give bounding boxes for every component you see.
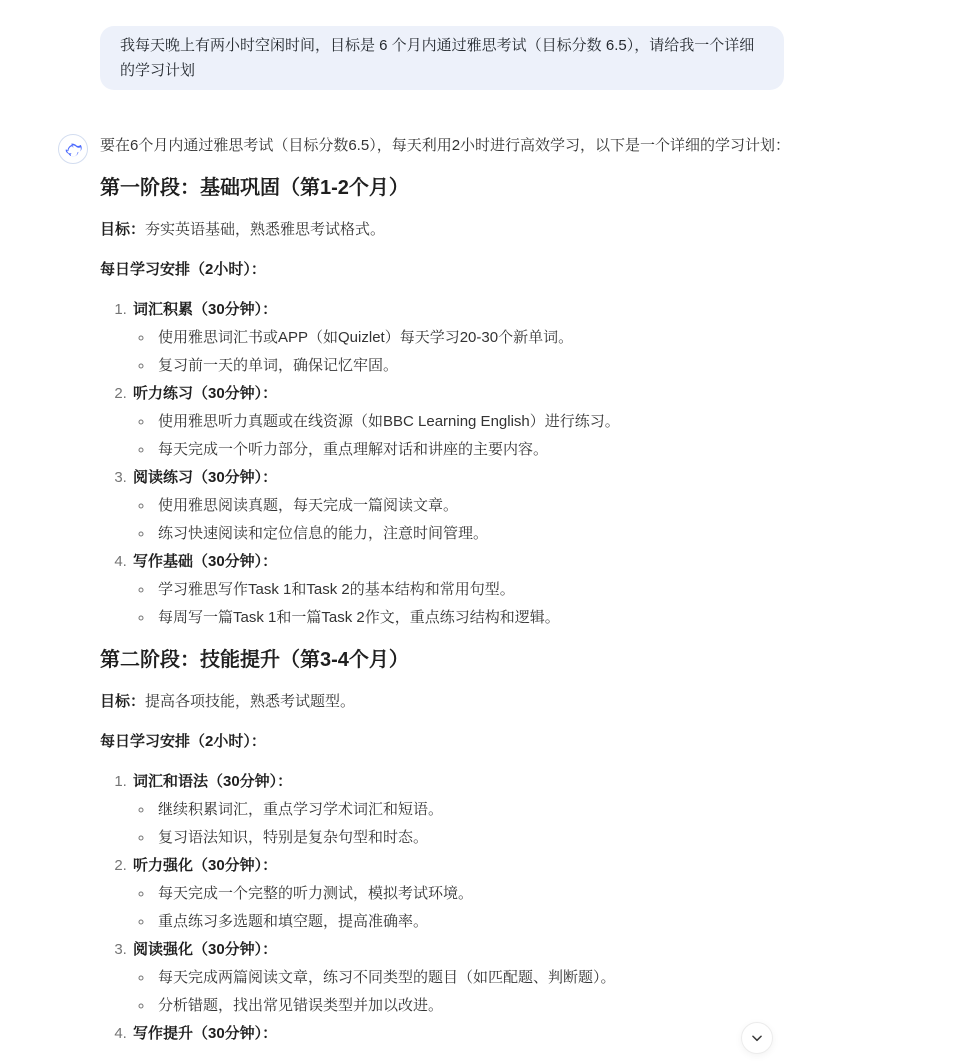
section-heading: 第一阶段：基础巩固（第1-2个月） [100, 174, 872, 202]
task-item: 听力强化（30分钟）： 每天完成一个完整的听力测试，模拟考试环境。重点练习多选题… [131, 854, 872, 934]
task-item: 写作基础（30分钟）： 学习雅思写作Task 1和Task 2的基本结构和常用句… [131, 550, 872, 630]
task-point-list: 每天完成两篇阅读文章，练习不同类型的题目（如匹配题、判断题）。分析错题，找出常见… [133, 966, 872, 1018]
goal-label: 目标： [100, 221, 145, 238]
plan-sections: 第一阶段：基础巩固（第1-2个月） 目标：夯实英语基础，熟悉雅思考试格式。 每日… [100, 174, 872, 1046]
task-point: 分析错题，找出常见错误类型并加以改进。 [154, 994, 872, 1018]
goal-text: 夯实英语基础，熟悉雅思考试格式。 [145, 221, 385, 238]
task-title: 写作提升（30分钟）： [133, 1025, 277, 1042]
task-point: 每天完成一个完整的听力测试，模拟考试环境。 [154, 882, 872, 906]
task-point: 重点练习多选题和填空题，提高准确率。 [154, 910, 872, 934]
section-goal: 目标：提高各项技能，熟悉考试题型。 [100, 690, 872, 714]
assistant-message: 要在6个月内通过雅思考试（目标分数6.5），每天利用2小时进行高效学习，以下是一… [100, 132, 872, 1061]
goal-text: 提高各项技能，熟悉考试题型。 [145, 693, 355, 710]
task-item: 词汇积累（30分钟）： 使用雅思词汇书或APP（如Quizlet）每天学习20-… [131, 298, 872, 378]
task-point: 使用雅思听力真题或在线资源（如BBC Learning English）进行练习… [154, 410, 872, 434]
task-point-list: 学习雅思写作Task 1和Task 2的基本结构和常用句型。每周写一篇Task … [133, 578, 872, 630]
task-point: 使用雅思阅读真题，每天完成一篇阅读文章。 [154, 494, 872, 518]
task-point: 使用雅思词汇书或APP（如Quizlet）每天学习20-30个新单词。 [154, 326, 872, 350]
section-schedule: 每日学习安排（2小时）： [100, 258, 872, 282]
task-point: 每周写一篇Task 1和一篇Task 2作文，重点练习结构和逻辑。 [154, 606, 872, 630]
task-point: 复习语法知识，特别是复杂句型和时态。 [154, 826, 872, 850]
task-item: 阅读强化（30分钟）： 每天完成两篇阅读文章，练习不同类型的题目（如匹配题、判断… [131, 938, 872, 1018]
daily-task-list: 词汇和语法（30分钟）： 继续积累词汇，重点学习学术词汇和短语。复习语法知识，特… [100, 770, 872, 1046]
daily-task-list: 词汇积累（30分钟）： 使用雅思词汇书或APP（如Quizlet）每天学习20-… [100, 298, 872, 630]
task-point: 每天完成两篇阅读文章，练习不同类型的题目（如匹配题、判断题）。 [154, 966, 872, 990]
task-title: 阅读练习（30分钟）： [133, 469, 277, 486]
user-message-bubble: 我每天晚上有两小时空闲时间，目标是 6 个月内通过雅思考试（目标分数 6.5），… [100, 26, 784, 90]
section-goal: 目标：夯实英语基础，熟悉雅思考试格式。 [100, 218, 872, 242]
task-point: 复习前一天的单词，确保记忆牢固。 [154, 354, 872, 378]
section-heading: 第二阶段：技能提升（第3-4个月） [100, 646, 872, 674]
task-point: 继续积累词汇，重点学习学术词汇和短语。 [154, 798, 872, 822]
schedule-label: 每日学习安排（2小时）： [100, 261, 266, 278]
task-item: 听力练习（30分钟）： 使用雅思听力真题或在线资源（如BBC Learning … [131, 382, 872, 462]
scroll-to-bottom-button[interactable] [741, 1022, 773, 1054]
task-title: 阅读强化（30分钟）： [133, 941, 277, 958]
user-message-text: 我每天晚上有两小时空闲时间，目标是 6 个月内通过雅思考试（目标分数 6.5），… [120, 37, 754, 79]
task-title: 写作基础（30分钟）： [133, 553, 277, 570]
task-title: 词汇和语法（30分钟）： [133, 773, 292, 790]
assistant-message-row: 要在6个月内通过雅思考试（目标分数6.5），每天利用2小时进行高效学习，以下是一… [0, 132, 967, 1061]
task-point-list: 每天完成一个完整的听力测试，模拟考试环境。重点练习多选题和填空题，提高准确率。 [133, 882, 872, 934]
task-title: 听力练习（30分钟）： [133, 385, 277, 402]
chat-page: 我每天晚上有两小时空闲时间，目标是 6 个月内通过雅思考试（目标分数 6.5），… [0, 0, 967, 1061]
task-point: 练习快速阅读和定位信息的能力，注意时间管理。 [154, 522, 872, 546]
plan-section: 第二阶段：技能提升（第3-4个月） 目标：提高各项技能，熟悉考试题型。 每日学习… [100, 646, 872, 1046]
task-point-list: 使用雅思阅读真题，每天完成一篇阅读文章。练习快速阅读和定位信息的能力，注意时间管… [133, 494, 872, 546]
task-point: 每天完成一个听力部分，重点理解对话和讲座的主要内容。 [154, 438, 872, 462]
task-point-list: 使用雅思词汇书或APP（如Quizlet）每天学习20-30个新单词。复习前一天… [133, 326, 872, 378]
deepseek-whale-icon [63, 139, 83, 159]
task-point-list: 继续积累词汇，重点学习学术词汇和短语。复习语法知识，特别是复杂句型和时态。 [133, 798, 872, 850]
section-schedule: 每日学习安排（2小时）： [100, 730, 872, 754]
chevron-down-icon [750, 1031, 764, 1045]
task-title: 词汇积累（30分钟）： [133, 301, 277, 318]
task-item: 词汇和语法（30分钟）： 继续积累词汇，重点学习学术词汇和短语。复习语法知识，特… [131, 770, 872, 850]
goal-label: 目标： [100, 693, 145, 710]
task-item: 阅读练习（30分钟）： 使用雅思阅读真题，每天完成一篇阅读文章。练习快速阅读和定… [131, 466, 872, 546]
task-point: 学习雅思写作Task 1和Task 2的基本结构和常用句型。 [154, 578, 872, 602]
assistant-intro: 要在6个月内通过雅思考试（目标分数6.5），每天利用2小时进行高效学习，以下是一… [100, 134, 872, 158]
task-point-list: 使用雅思听力真题或在线资源（如BBC Learning English）进行练习… [133, 410, 872, 462]
user-message-row: 我每天晚上有两小时空闲时间，目标是 6 个月内通过雅思考试（目标分数 6.5），… [0, 0, 967, 90]
plan-section: 第一阶段：基础巩固（第1-2个月） 目标：夯实英语基础，熟悉雅思考试格式。 每日… [100, 174, 872, 630]
schedule-label: 每日学习安排（2小时）： [100, 733, 266, 750]
task-title: 听力强化（30分钟）： [133, 857, 277, 874]
assistant-avatar [58, 134, 88, 164]
